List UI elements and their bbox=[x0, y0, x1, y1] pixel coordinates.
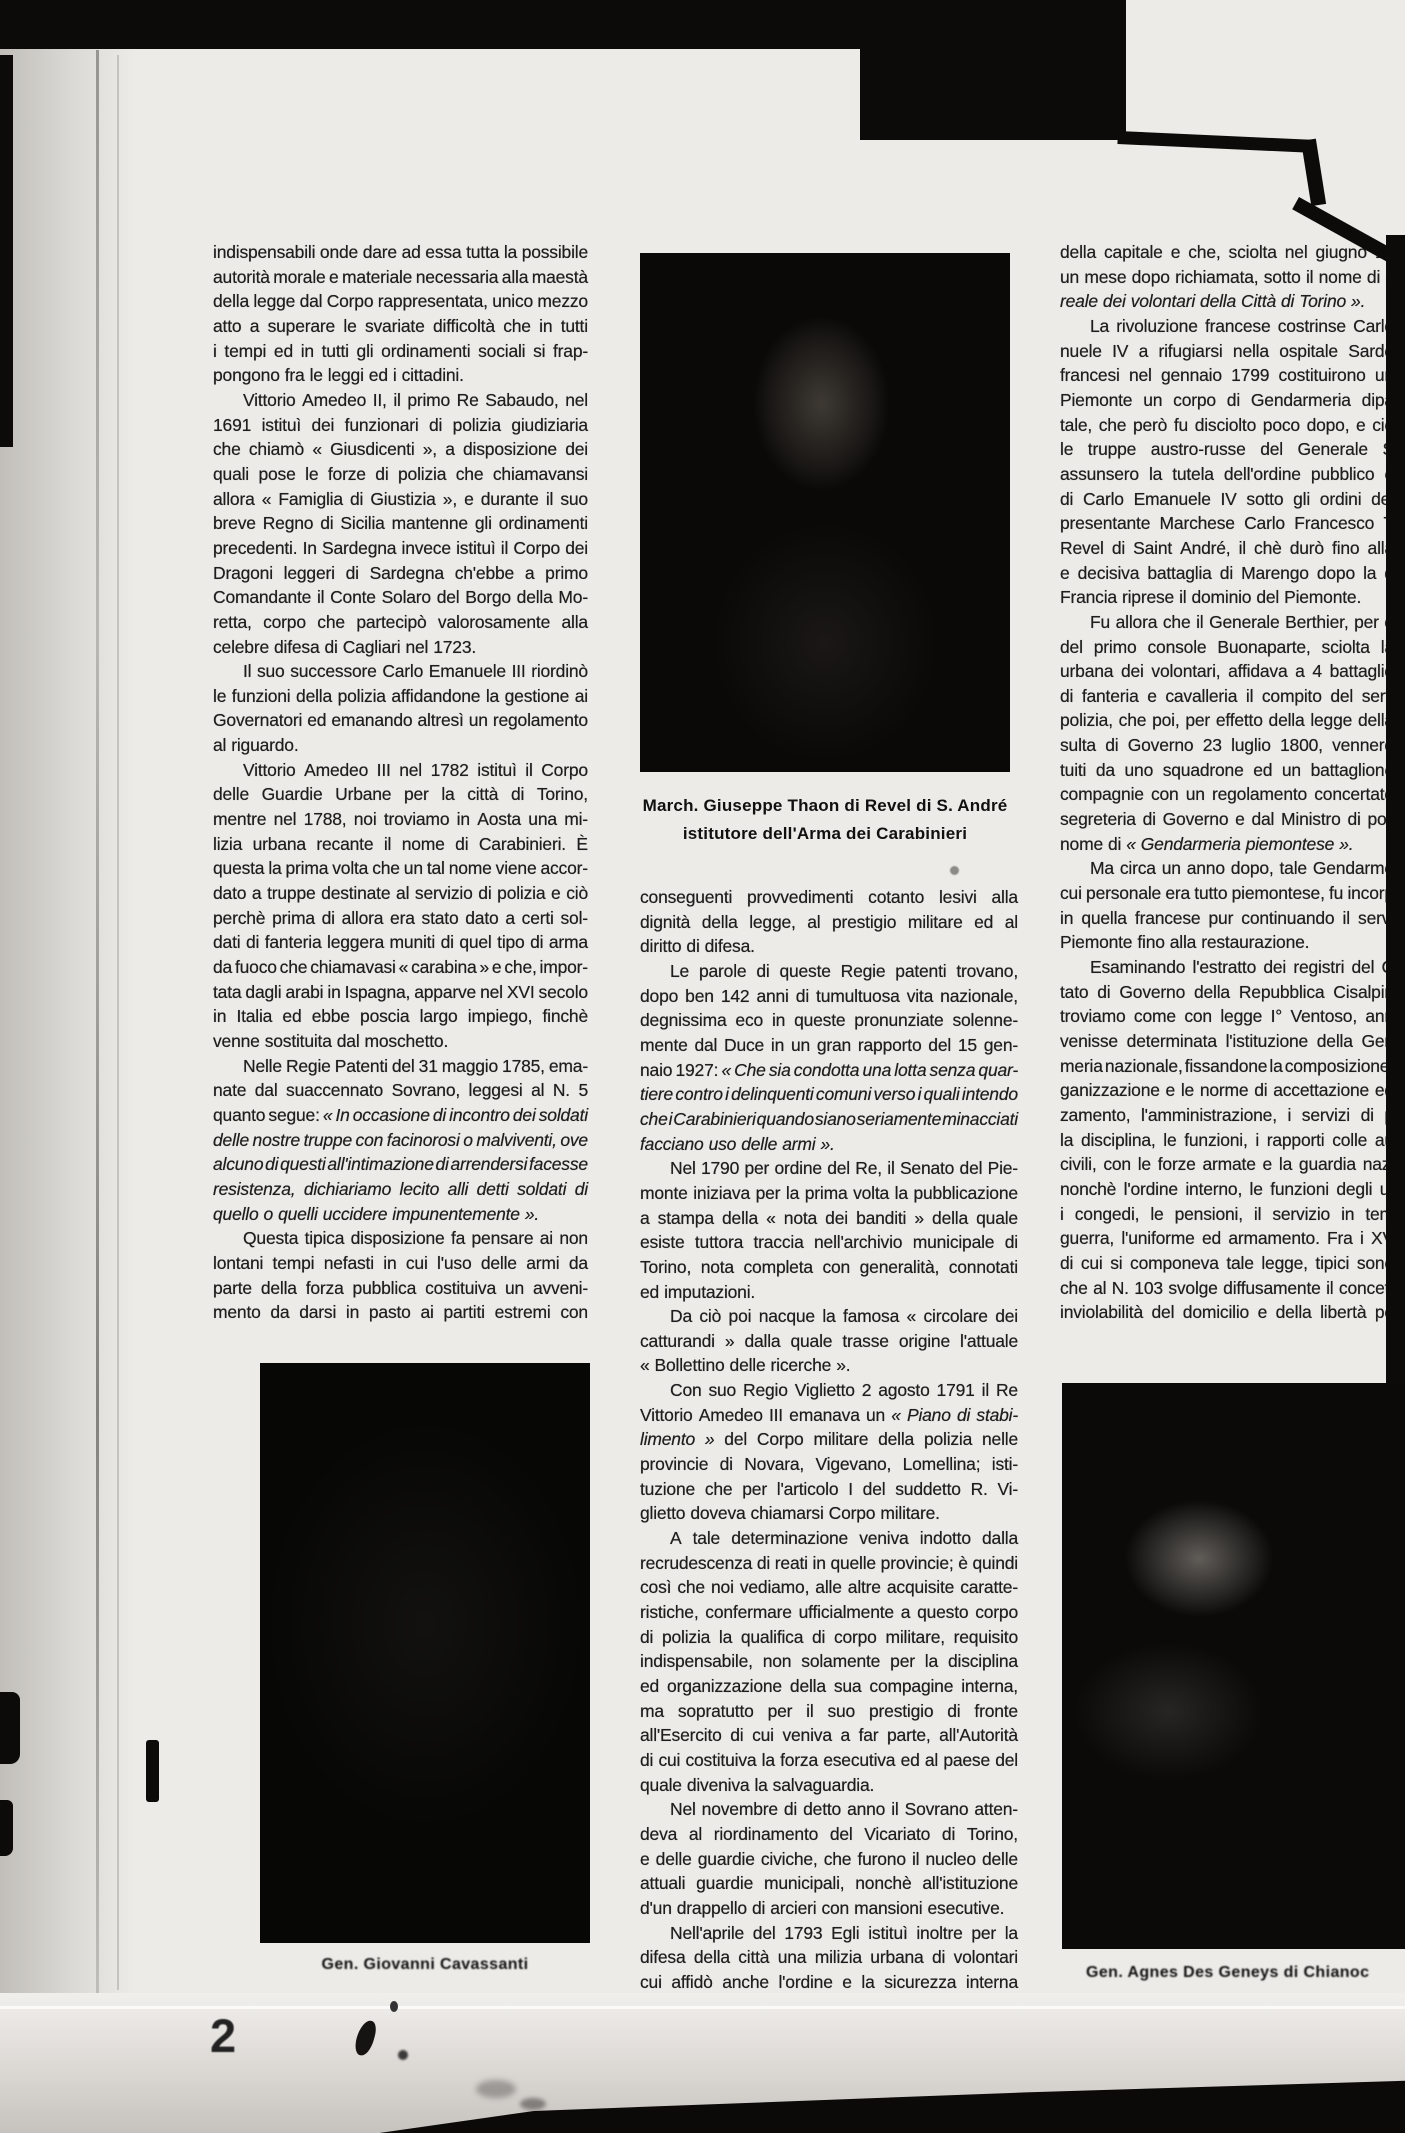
scan-artifact-left-mark bbox=[0, 1692, 20, 1764]
text-line: attualiguardiemunicipali,nonchèall'istit… bbox=[640, 1871, 1018, 1896]
text-line: mentodadarsiinpastoaipartitiestremicon bbox=[213, 1300, 588, 1325]
text-line: all'Esercitodicuivenivaafarparte,all'Aut… bbox=[640, 1723, 1018, 1748]
text-line: natedalsuaccennatoSovrano,leggesialN.5 bbox=[213, 1078, 588, 1103]
text-line: quellooquelliuccidereimpunentemente». bbox=[213, 1202, 588, 1227]
text-line: realedeivolontaridellaCittàdiTorino». bbox=[1060, 289, 1394, 314]
text-line: chechiamò«Giusdicenti»,adisposizionedei bbox=[213, 437, 588, 462]
text-line: vennesostituitadalmoschetto. bbox=[213, 1029, 588, 1054]
text-line: datoatruppedestinatealserviziodipoliziae… bbox=[213, 881, 588, 906]
page-crease-line bbox=[96, 50, 99, 1995]
scan-artifact-left-mark-2 bbox=[0, 1800, 13, 1856]
scan-artifact-top-line bbox=[1117, 131, 1313, 153]
text-line: guerra,l'uniformeedarmamento.FraiXV bbox=[1060, 1226, 1394, 1251]
page-gutter-shading bbox=[0, 0, 135, 2133]
text-line: Questatipicadisposizionefapensareainon bbox=[213, 1226, 588, 1251]
text-line: tuitidaunosquadroneedunbattaglione bbox=[1060, 758, 1394, 783]
text-line: delleGuardieUrbaneperlacittàdiTorino, bbox=[213, 782, 588, 807]
text-line: difanteriaecavalleriailcompitodelserv bbox=[1060, 684, 1394, 709]
text-line: diCarloEmanueleIVsottogliordinidel bbox=[1060, 487, 1394, 512]
text-line: monteiniziavaperlaprimavoltalapubblicazi… bbox=[640, 1181, 1018, 1206]
text-line: dirittodidifesa. bbox=[640, 934, 1018, 959]
text-line: 1691istituìdeifunzionaridipoliziagiudizi… bbox=[213, 413, 588, 438]
text-line: Piemontefinoallarestaurazione. bbox=[1060, 930, 1394, 955]
text-line: nonchèl'ordineinterno,lefunzionidegliuf bbox=[1060, 1177, 1394, 1202]
photo-caption-des-geneys: Gen. Agnes Des Geneys di Chianoc bbox=[1086, 1964, 1405, 1982]
text-line: NelleRegiePatentidel31maggio1785,ema- bbox=[213, 1054, 588, 1079]
text-line: recrudescenzadireatiinquelleprovincie;èq… bbox=[640, 1551, 1018, 1576]
text-line: pongonofraleleggiedicittadini. bbox=[213, 363, 588, 388]
scan-artifact-right-edge bbox=[1386, 235, 1405, 1385]
text-line: nueleIVarifugiarsinellaospitaleSarde bbox=[1060, 339, 1394, 364]
text-line: dellacapitaleeche,scioltanelgiugno17 bbox=[1060, 240, 1394, 265]
text-line: retta,corpochepartecipòvalorosamentealla bbox=[213, 610, 588, 635]
text-line: conseguentiprovvedimenticotantolesiviall… bbox=[640, 885, 1018, 910]
text-line: tale,cheperòfudiscioltopocodopo,eciò bbox=[1060, 413, 1394, 438]
caption-line-2: istitutore dell'Arma dei Carabinieri bbox=[633, 820, 1017, 848]
text-line: qualiposeleforzedipoliziachechiamavansi bbox=[213, 462, 588, 487]
text-line: compagnieconunregolamentoconcertato bbox=[1060, 782, 1394, 807]
text-column-center: conseguentiprovvedimenticotantolesiviall… bbox=[640, 885, 1018, 1995]
text-line: ReveldiSaintAndré,ilchèduròfinoalla bbox=[1060, 536, 1394, 561]
text-line: provinciediNovara,Vigevano,Lomellina;ist… bbox=[640, 1452, 1018, 1477]
text-line: precedenti.InSardegnainveceistituìilCorp… bbox=[213, 536, 588, 561]
text-line: ConsuoRegioViglietto2agosto1791ilRe bbox=[640, 1378, 1018, 1403]
text-line: presentanteMarcheseCarloFrancescoT bbox=[1060, 511, 1394, 536]
text-line: celebredifesadiCagliarinel1723. bbox=[213, 635, 588, 660]
text-line: tuzionecheperl'articoloIdelsuddettoR.Vi- bbox=[640, 1477, 1018, 1502]
ink-speck bbox=[950, 866, 959, 875]
text-line: lefunzionidellapoliziaaffidandonelagesti… bbox=[213, 684, 588, 709]
text-line: mentrenel1788,noitroviamoinAostaunami- bbox=[213, 807, 588, 832]
text-line: autoritàmoraleematerialenecessariaallama… bbox=[213, 265, 588, 290]
caption-line-1: March. Giuseppe Thaon di Revel di S. And… bbox=[633, 792, 1017, 820]
text-line: venissedeterminatal'istituzionedellaGen bbox=[1060, 1029, 1394, 1054]
text-line: urbanadeivolontari,affidavaa4battaglio bbox=[1060, 659, 1394, 684]
page-number: 2 bbox=[210, 2008, 236, 2063]
text-line: inquellafrancesepurcontinuandoilservi bbox=[1060, 906, 1394, 931]
text-line: zamento,l'amministrazione,iservizidip bbox=[1060, 1103, 1394, 1128]
text-line: francesinelgennaio1799costituironoun bbox=[1060, 363, 1394, 388]
text-line: unmesedoporichiamata,sottoilnomedic bbox=[1060, 265, 1394, 290]
text-line: Esaminandol'estrattodeiregistridelC bbox=[1060, 955, 1394, 980]
text-line: IlsuosuccessoreCarloEmanueleIIIriordinò bbox=[213, 659, 588, 684]
text-line: segreteriadiGovernoedalMinistrodipoli bbox=[1060, 807, 1394, 832]
text-line: Ataledeterminazionevenivaindottodalla bbox=[640, 1526, 1018, 1551]
text-line: LeparolediquesteRegiepatentitrovano, bbox=[640, 959, 1018, 984]
text-line: naio1927:«Chesiacondottaunalottasenzaqua… bbox=[640, 1058, 1018, 1083]
text-line: dicuisicomponevatalelegge,tipicisono bbox=[1060, 1251, 1394, 1276]
text-line: assunserolatuteladell'ordinepubblicoe bbox=[1060, 462, 1394, 487]
text-line: LarivoluzionefrancesecostrinseCarlo bbox=[1060, 314, 1394, 339]
text-line: Torino,notacompletacongeneralità,connota… bbox=[640, 1255, 1018, 1280]
text-line: delprimoconsoleBuonaparte,scioltala bbox=[1060, 635, 1394, 660]
text-column-left: indispensabiliondedareadessatuttalapossi… bbox=[213, 240, 588, 1325]
text-line: cosìchenoivediamo,allealtreacquisitecara… bbox=[640, 1575, 1018, 1600]
text-line: VittorioAmedeoIIInel1782istituìilCorpo bbox=[213, 758, 588, 783]
photo-caption-thaon-di-revel: March. Giuseppe Thaon di Revel di S. And… bbox=[633, 792, 1017, 848]
text-line: VittorioAmedeoIIIemanavaun«Pianodistabi- bbox=[640, 1403, 1018, 1428]
text-line: esistetuttoratraccianell'archiviomunicip… bbox=[640, 1230, 1018, 1255]
text-line: icongedi,lepensioni,ilserviziointem bbox=[1060, 1202, 1394, 1227]
text-line: cuiaffidòanchel'ordineelasicurezzaintern… bbox=[640, 1970, 1018, 1995]
text-line: ComandanteilConteSolarodelBorgodellaMo- bbox=[213, 585, 588, 610]
text-line: dellaleggedalCorporappresentata,unicomez… bbox=[213, 289, 588, 314]
text-line: dellenostretruppeconfacinorosiomalvivent… bbox=[213, 1128, 588, 1153]
text-line: dipolizialaqualificadicorpomilitare,requ… bbox=[640, 1625, 1018, 1650]
text-line: difesadellacittàunamiliziaurbanadivolont… bbox=[640, 1945, 1018, 1970]
text-line: quantosegue:«Inoccasionediincontrodeisol… bbox=[213, 1103, 588, 1128]
text-line: indispensabile,nonsolamenteperladiscipli… bbox=[640, 1649, 1018, 1674]
text-line: polizia,chepoi,pereffettodellaleggedella bbox=[1060, 708, 1394, 733]
ink-speck bbox=[390, 2001, 398, 2012]
text-line: letruppeaustro-russedelGeneraleS bbox=[1060, 437, 1394, 462]
text-line: qualedivenivalasalvaguardia. bbox=[640, 1773, 1018, 1798]
text-line: masopratuttoperilsuoprestigiodifronte bbox=[640, 1699, 1018, 1724]
text-line: lontanitempinefastiincuil'usodellearmida bbox=[213, 1251, 588, 1276]
text-line: tierecontroidelinquenticomuniversoiquali… bbox=[640, 1082, 1018, 1107]
text-line: dicuicostituivalaforzaesecutivaedalpaese… bbox=[640, 1748, 1018, 1773]
text-line: limento»delCorpomilitaredellapolizianell… bbox=[640, 1427, 1018, 1452]
text-line: tatadagliarabiinIspagna,apparvenelXVIsec… bbox=[213, 980, 588, 1005]
text-line: d'undrappellodiarciericonmansioniesecuti… bbox=[640, 1896, 1018, 1921]
text-line: troviamocomeconleggeI°Ventoso,ann bbox=[1060, 1004, 1394, 1029]
text-line: astampadella«notadeibanditi»dellaquale bbox=[640, 1206, 1018, 1231]
photo-portrait-cavassanti bbox=[260, 1363, 590, 1943]
scan-artifact-top-block bbox=[860, 0, 1126, 140]
text-line: NelnovembredidettoannoilSovranoatten- bbox=[640, 1797, 1018, 1822]
text-line: ganizzazioneelenormediaccettazioneed bbox=[1060, 1078, 1394, 1103]
text-line: cheiCarabinieriquandosianoseriamentemina… bbox=[640, 1107, 1018, 1132]
text-line: datidifanterialeggeramunitidiqueltipodia… bbox=[213, 930, 588, 955]
text-line: alcunodiquestiall'intimazionediarrenders… bbox=[213, 1152, 588, 1177]
photo-portrait-thaon-di-revel bbox=[640, 253, 1010, 772]
text-line: edorganizzazionedellasuacompagineinterna… bbox=[640, 1674, 1018, 1699]
text-line: itempiedintuttigliordinamentisocialisifr… bbox=[213, 339, 588, 364]
text-line: FranciaripreseildominiodelPiemonte. bbox=[1060, 585, 1394, 610]
text-line: FualloracheilGeneraleBerthier,pero bbox=[1060, 610, 1394, 635]
text-line: civili,conleforzearmateelaguardianazi bbox=[1060, 1152, 1394, 1177]
text-line: dignitàdellalegge,alprestigiomilitareeda… bbox=[640, 910, 1018, 935]
text-line: nomedi«Gendarmeriapiemontese». bbox=[1060, 832, 1394, 857]
text-column-right: dellacapitaleeche,scioltanelgiugno17unme… bbox=[1060, 240, 1394, 1325]
scanned-book-page: indispensabiliondedareadessatuttalapossi… bbox=[0, 0, 1405, 2133]
text-line: cuipersonaleeratuttopiemontese,fuincorp bbox=[1060, 881, 1394, 906]
text-line: questalaprimavoltacheuntalnomevieneaccor… bbox=[213, 856, 588, 881]
text-line: VittorioAmedeoII,ilprimoReSabaudo,nel bbox=[213, 388, 588, 413]
text-line: gliettodovevachiamarsiCorpomilitare. bbox=[640, 1501, 1018, 1526]
text-line: ladisciplina,lefunzioni,irapporticolleau bbox=[1060, 1128, 1394, 1153]
text-line: attoasuperarelesvariatedifficoltàcheintu… bbox=[213, 314, 588, 339]
text-line: Nel1790perordinedelRe,ilSenatodelPie- bbox=[640, 1156, 1018, 1181]
page-crease-line-2 bbox=[117, 55, 119, 1990]
text-line: edimputazioni. bbox=[640, 1280, 1018, 1305]
ink-speck bbox=[398, 2050, 408, 2060]
text-line: DragonileggeridiSardegnach'ebbeaprimo bbox=[213, 561, 588, 586]
scan-artifact-left-edge bbox=[0, 55, 13, 447]
text-line: edelleguardieciviche,chefuronoilnucleode… bbox=[640, 1847, 1018, 1872]
text-line: alriguardo. bbox=[213, 733, 588, 758]
text-line: resistenza,dichiariamolecitoallidettisol… bbox=[213, 1177, 588, 1202]
scan-artifact-edge-curve bbox=[1301, 139, 1326, 207]
text-line: PiemonteuncorpodiGendarmeriadipa bbox=[1060, 388, 1394, 413]
text-line: liziaurbanarecanteilnomediCarabinieri.È bbox=[213, 832, 588, 857]
ink-smudge bbox=[520, 2098, 546, 2110]
text-line: breveRegnodiSiciliamantennegliordinament… bbox=[213, 511, 588, 536]
photo-caption-cavassanti: Gen. Giovanni Cavassanti bbox=[250, 1956, 600, 1974]
text-line: tatodiGovernodellaRepubblicaCisalpin bbox=[1060, 980, 1394, 1005]
text-line: devaalriordinamentodelVicariatodiTorino, bbox=[640, 1822, 1018, 1847]
text-line: indispensabiliondedareadessatuttalapossi… bbox=[213, 240, 588, 265]
text-line: mentedalDuceinungranrapportodel15gen- bbox=[640, 1033, 1018, 1058]
text-line: degnissimaecoinquestepronunziatesolenne- bbox=[640, 1008, 1018, 1033]
text-line: merianazionale,fissandonelacomposizione, bbox=[1060, 1054, 1394, 1079]
text-line: perchèprimadialloraerastatodatoacertisol… bbox=[213, 906, 588, 931]
text-line: dopoben142anniditumultuosavitanazionale, bbox=[640, 984, 1018, 1009]
text-line: edecisivabattagliadiMarengodopolaq bbox=[1060, 561, 1394, 586]
text-line: chealN.103svolgediffusamenteilconcett bbox=[1060, 1276, 1394, 1301]
text-line: inviolabilitàdeldomicilioedellalibertàpe bbox=[1060, 1300, 1394, 1325]
text-line: catturandi»dallaqualetrasseoriginel'attu… bbox=[640, 1329, 1018, 1354]
text-line: Daciòpoinacquelafamosa«circolaredei bbox=[640, 1304, 1018, 1329]
photo-portrait-des-geneys bbox=[1062, 1383, 1405, 1949]
text-line: Governatoriedemanandoaltresìunregolament… bbox=[213, 708, 588, 733]
text-line: sultadiGoverno23luglio1800,vennero bbox=[1060, 733, 1394, 758]
text-line: Macircaunannodopo,taleGendarme bbox=[1060, 856, 1394, 881]
scan-artifact-top-bar bbox=[0, 0, 869, 49]
text-line: Nell'apriledel1793Egliistituìinoltreperl… bbox=[640, 1921, 1018, 1946]
text-line: inItaliaedebbeposcialargoimpiego,finchè bbox=[213, 1004, 588, 1029]
text-line: allora«FamigliadiGiustizia»,eduranteilsu… bbox=[213, 487, 588, 512]
text-line: partedellaforzapubblicacostituivaunavven… bbox=[213, 1276, 588, 1301]
text-line: ristiche,confermareufficialmenteaquestoc… bbox=[640, 1600, 1018, 1625]
text-line: faccianousodellearmi». bbox=[640, 1132, 1018, 1157]
text-line: «Bollettinodellericerche». bbox=[640, 1353, 1018, 1378]
ink-smudge bbox=[476, 2080, 516, 2098]
text-line: dafuocochechiamavasi«carabina»eche,impor… bbox=[213, 955, 588, 980]
scan-artifact-margin-mark bbox=[146, 1740, 159, 1802]
